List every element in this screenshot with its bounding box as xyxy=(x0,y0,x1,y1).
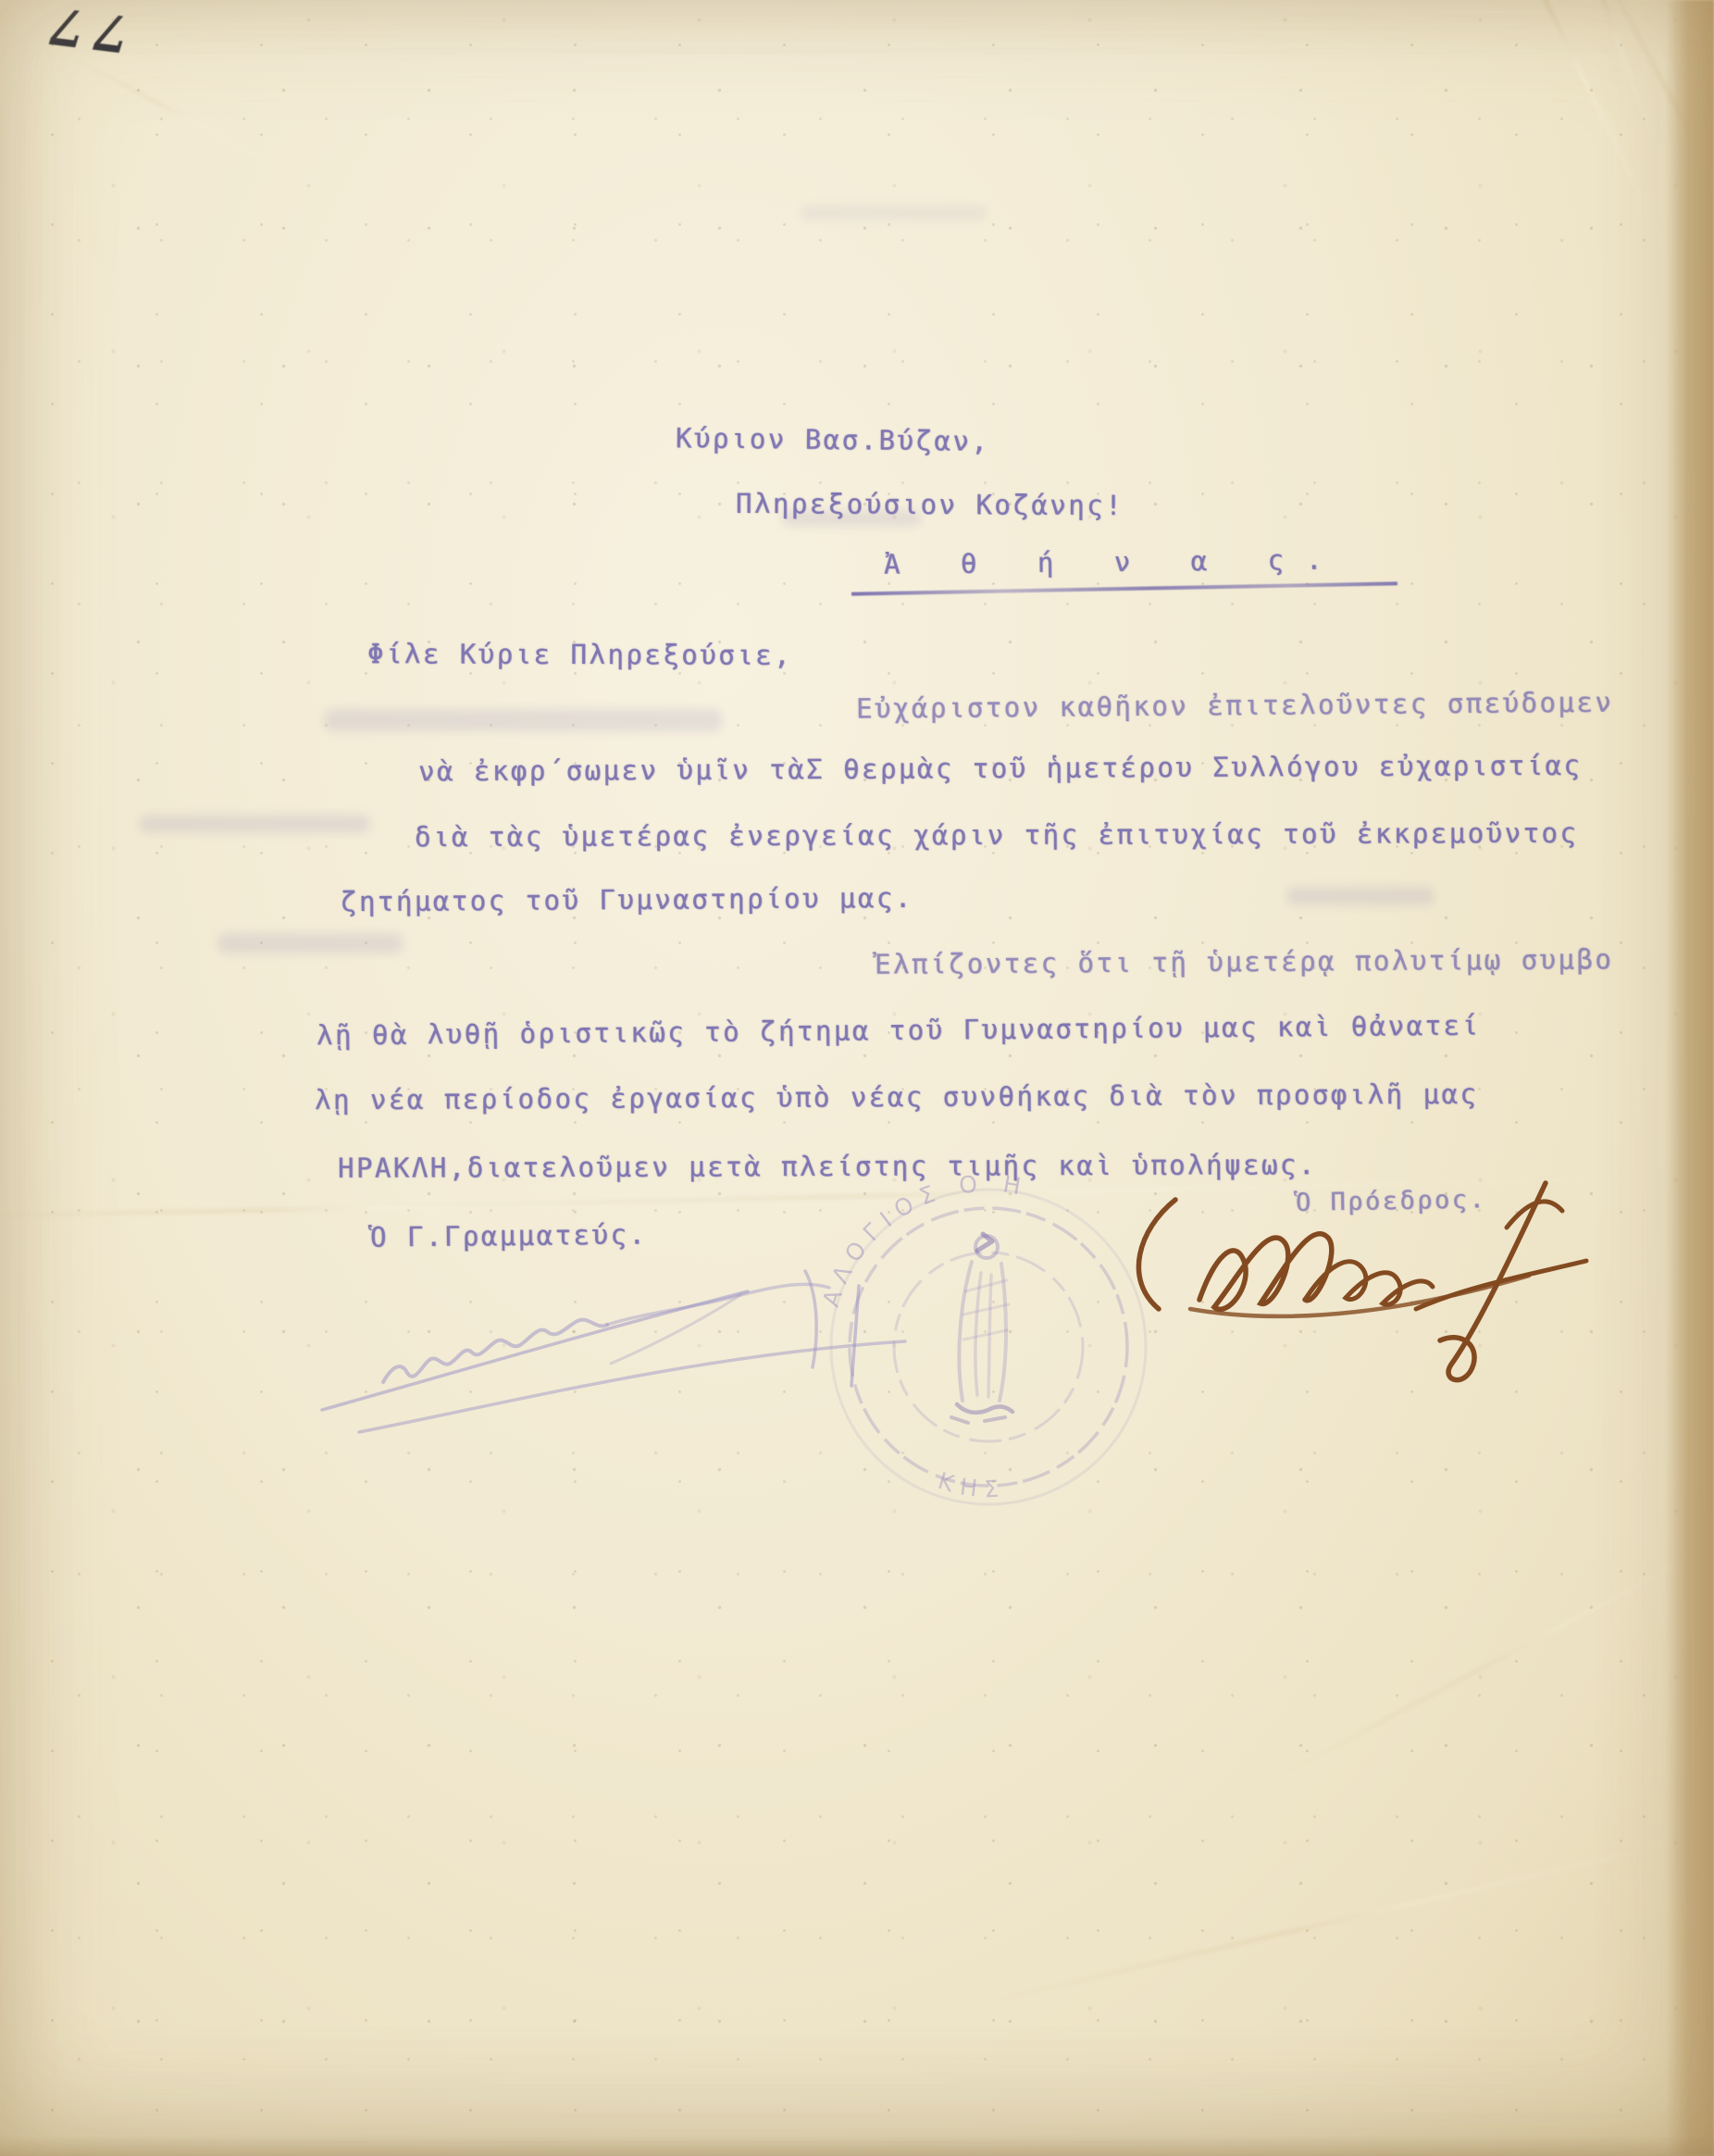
crease xyxy=(1564,0,1658,152)
body-line: Εὐχάριστον καθῆκον ἐπιτελοῦντες σπεύδομε… xyxy=(856,686,1614,724)
secretary-signature xyxy=(305,1254,935,1458)
secretary-title: Ὁ Γ.Γραμματεύς. xyxy=(370,1218,648,1252)
body-line: νὰ ἐκφρ΄σωμεν ὑμῖν τὰΣ θερμὰς τοῦ ἡμετέρ… xyxy=(418,750,1583,788)
crease xyxy=(1458,0,1671,255)
archive-number: 77 xyxy=(32,0,137,64)
body-line: ζητήματος τοῦ Γυμναστηρίου μας. xyxy=(341,882,913,917)
crease xyxy=(1264,1514,1714,1786)
recipient-city-line: Ἀ θ ή ν α ς. xyxy=(884,543,1345,580)
body-line: Ἐλπίζοντες ὅτι τῇ ὑμετέρᾳ πολυτίμῳ συμβο xyxy=(875,943,1614,980)
president-signature xyxy=(1111,1168,1647,1418)
crease xyxy=(972,1829,1714,2007)
crease xyxy=(69,55,283,170)
scan-edge-bottom xyxy=(0,2136,1714,2156)
crease xyxy=(0,1202,666,1216)
ink-smudge xyxy=(801,206,986,220)
body-line: διὰ τὰς ὑμετέρας ἐνεργείας χάριν τῆς ἐπι… xyxy=(415,817,1579,853)
city-underline xyxy=(851,581,1397,595)
ink-smudge xyxy=(324,709,722,731)
ink-smudge xyxy=(1286,887,1435,905)
body-line: λῃ νέα περίοδος ἐργασίας ὑπὸ νέας συνθήκ… xyxy=(315,1078,1479,1116)
ink-smudge xyxy=(217,933,403,953)
recipient-name-line: Κύριον Βασ.Βύζαν, xyxy=(676,422,990,457)
recipient-title-line: Πληρεξούσιον Κοζάνης! xyxy=(736,488,1124,521)
ink-smudge xyxy=(139,815,370,833)
letter-scan-page: 77 Κύριον Βασ.Βύζαν, Πληρεξούσιον Κοζάνη… xyxy=(0,0,1714,2156)
salutation: Φίλε Κύριε Πληρεξούσιε, xyxy=(367,638,792,671)
scan-edge xyxy=(1666,0,1714,2156)
body-line: λῇ θὰ λυθῇ ὁριστικῶς τὸ ζήτημα τοῦ Γυμνα… xyxy=(317,1010,1481,1052)
stamp-figure xyxy=(951,1234,1012,1423)
